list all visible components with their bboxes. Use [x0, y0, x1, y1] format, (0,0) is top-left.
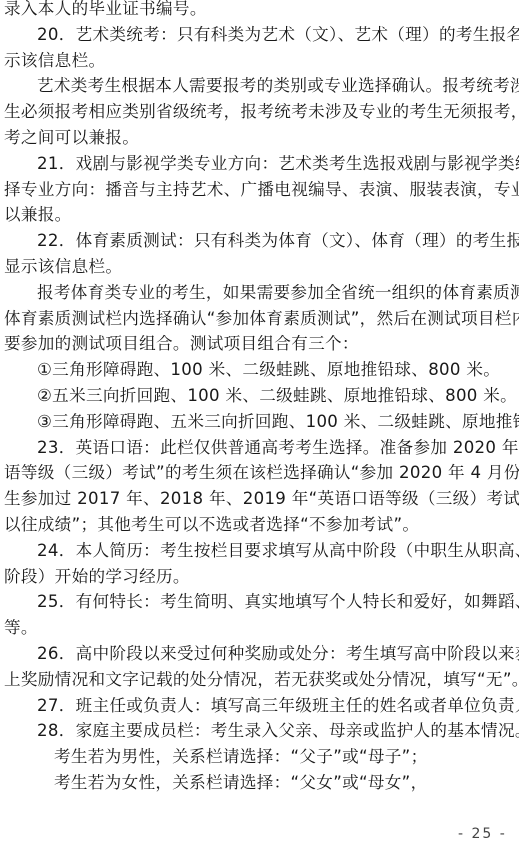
test-combo-3: ③三角形障碍跑、五米三向折回跑、100 米、二级蛙跳、原地推铅球、800 米。	[4, 409, 512, 435]
text-line: 显示该信息栏。	[4, 254, 512, 280]
relation-female: 考生若为女性，关系栏请选择：“父女”或“母女”，	[4, 770, 512, 796]
text-line: 以往成绩”；其他考生可以不选或者选择“不参加考试”。	[4, 512, 512, 538]
item-23-heading: 23．英语口语：此栏仅供普通高考考生选择。准备参加 2020 年上半年“英语口	[4, 435, 512, 461]
text-line: 体育素质测试栏内选择确认“参加体育素质测试”，然后在测试项目栏内选择自己	[4, 306, 512, 332]
text-line: 择专业方向：播音与主持艺术、广播电视编导、表演、服装表演，专业方向之间可	[4, 177, 512, 203]
text-line: 等。	[4, 615, 512, 641]
document-page: 录入本人的毕业证书编号。 20．艺术类统考：只有科类为艺术（文）、艺术（理）的考…	[4, 0, 512, 796]
text-line: 语等级（三级）考试”的考生须在该栏选择确认“参加 2020 年 4 月份考试”；…	[4, 460, 512, 486]
text-line: 示该信息栏。	[4, 48, 512, 74]
test-combo-1: ①三角形障碍跑、100 米、二级蛙跳、原地推铅球、800 米。	[4, 357, 512, 383]
text-line: 生必须报考相应类别省级统考，报考统考未涉及专业的考生无须报考，四个类别统	[4, 99, 512, 125]
item-24-heading: 24．本人简历：考生按栏目要求填写从高中阶段（中职生从职高、中专、技校	[4, 538, 512, 564]
item-21-heading: 21．戏剧与影视学类专业方向：艺术类考生选报戏剧与影视学类统考，还须选	[4, 151, 512, 177]
item-22-heading: 22．体育素质测试：只有科类为体育（文）、体育（理）的考生报名时，才会	[4, 228, 512, 254]
page-number: - 25 -	[458, 826, 507, 842]
item-27-heading: 27．班主任或负责人：填写高三年级班主任的姓名或者单位负责人的姓名。	[4, 693, 512, 719]
text-line: 阶段）开始的学习经历。	[4, 564, 512, 590]
text-line: 报考体育类专业的考生，如果需要参加全省统一组织的体育素质测试，首先在	[4, 280, 512, 306]
text-line: 艺术类考生根据本人需要报考的类别或专业选择确认。报考统考涉及专业的考	[4, 73, 512, 99]
text-line: 考之间可以兼报。	[4, 125, 512, 151]
item-20-heading: 20．艺术类统考：只有科类为艺术（文）、艺术（理）的考生报名时，才会显	[4, 22, 512, 48]
item-26-heading: 26．高中阶段以来受过何种奖励或处分：考生填写高中阶段以来获得的校级以	[4, 641, 512, 667]
text-line: 上奖励情况和文字记载的处分情况，若无获奖或处分情况，填写“无”。	[4, 667, 512, 693]
text-line: 录入本人的毕业证书编号。	[4, 0, 512, 22]
text-line: 以兼报。	[4, 202, 512, 228]
item-28-heading: 28．家庭主要成员栏：考生录入父亲、母亲或监护人的基本情况。	[4, 718, 512, 744]
test-combo-2: ②五米三向折回跑、100 米、二级蛙跳、原地推铅球、800 米。	[4, 383, 512, 409]
text-line: 生参加过 2017 年、2018 年、2019 年“英语口语等级（三级）考试”的…	[4, 486, 512, 512]
item-25-heading: 25．有何特长：考生简明、真实地填写个人特长和爱好，如舞蹈、足球、钢琴	[4, 589, 512, 615]
relation-male: 考生若为男性，关系栏请选择：“父子”或“母子”；	[4, 744, 512, 770]
text-line: 要参加的测试项目组合。测试项目组合有三个：	[4, 331, 512, 357]
